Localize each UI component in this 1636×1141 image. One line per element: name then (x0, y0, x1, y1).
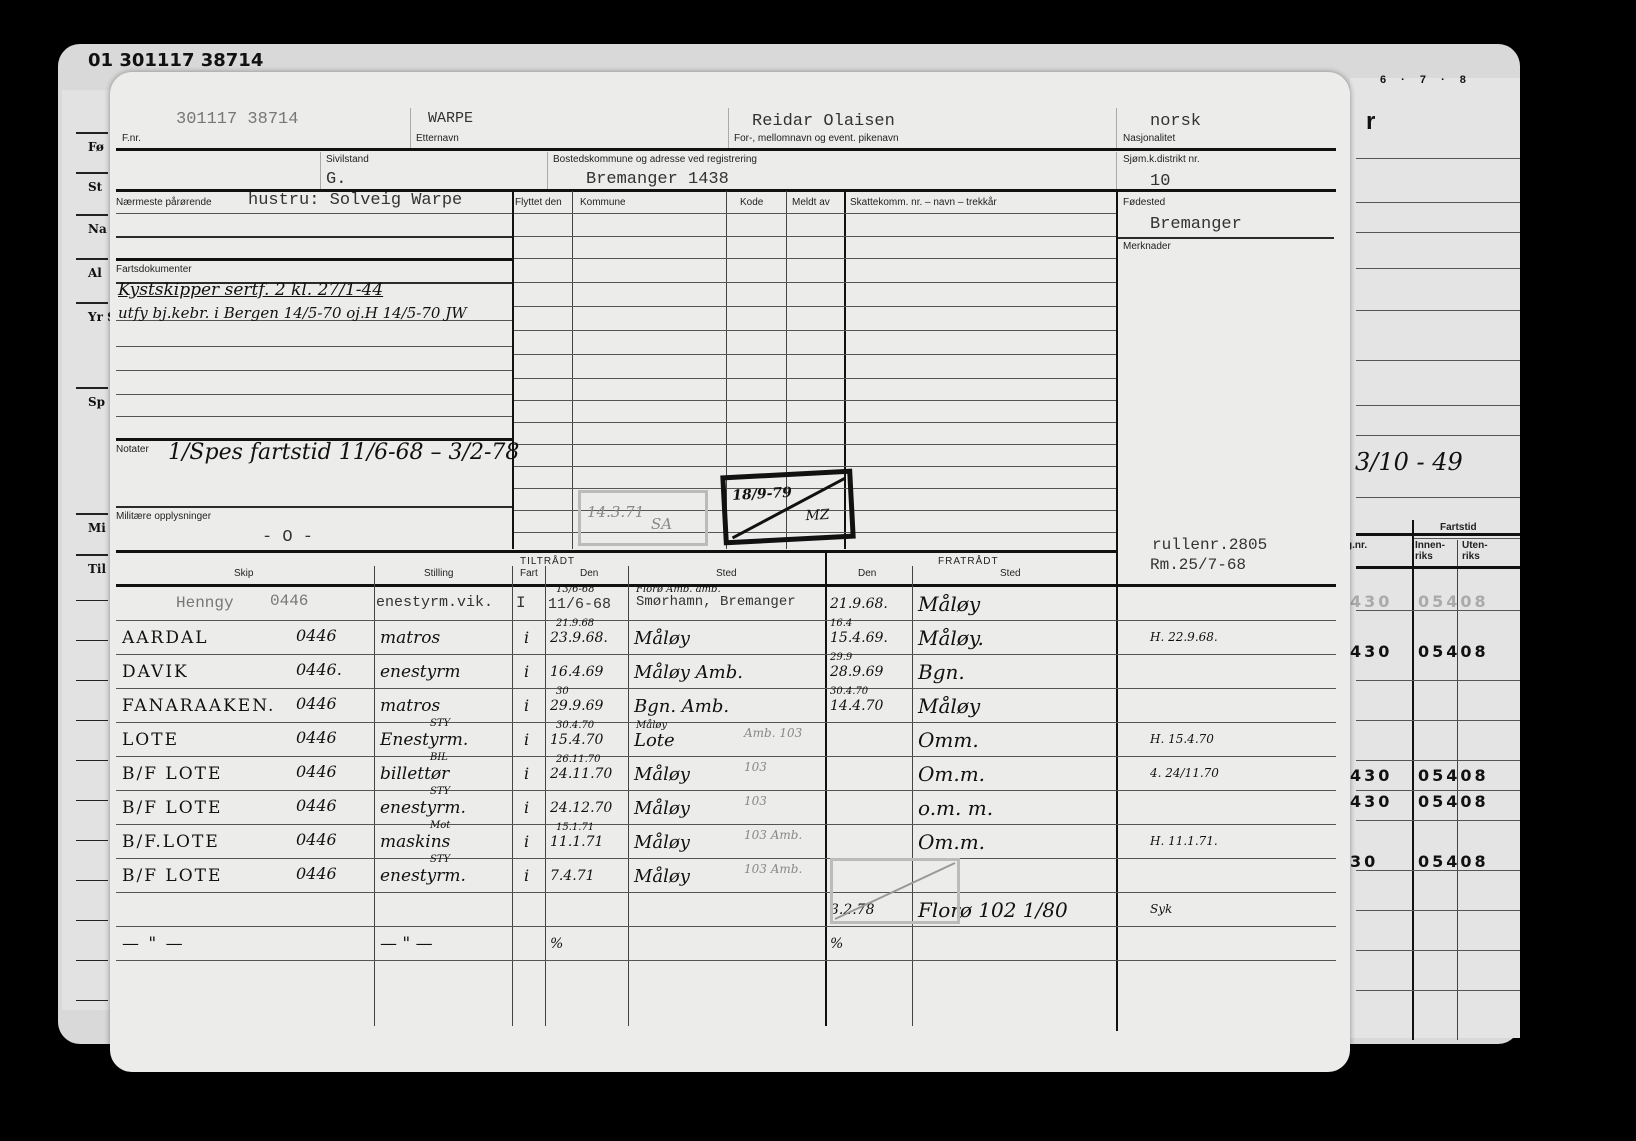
row-divider (116, 620, 1336, 621)
row-divider (116, 756, 1336, 757)
side-tab-divider (76, 1000, 108, 1001)
grid-line (514, 282, 1116, 283)
fnr-value: 301117 38714 (176, 110, 298, 129)
position: matros (380, 628, 440, 648)
signed-on-place: Lote (634, 730, 675, 751)
signed-on-place: Bgn. Amb. (634, 696, 729, 717)
side-tab: Na (88, 222, 107, 236)
signed-off-date: 14.4.70 (830, 698, 883, 714)
grid-line (514, 444, 1116, 445)
signed-on-place: Måløy (634, 866, 690, 887)
signed-on-date: 29.9.69 (550, 698, 603, 714)
reg-nr-value: 430 (1350, 766, 1392, 785)
col-stilling: Stilling (424, 568, 453, 579)
position-note: STY (430, 786, 450, 797)
side-tab-divider (76, 513, 108, 515)
col-sted: Sted (716, 568, 737, 579)
grid-line (514, 378, 1116, 379)
ship-name: LOTE (122, 730, 179, 750)
militaere-value: - O - (262, 528, 313, 547)
etternavn-value: WARPE (428, 110, 473, 127)
col-fratradt-den: Den (858, 568, 876, 579)
signed-off-date: 28.9.69 (830, 664, 883, 680)
grid-line (514, 213, 1116, 214)
signed-on-date: 23.9.68. (550, 630, 608, 646)
trade-type: i (524, 696, 529, 715)
signed-on-place: Smørhamn, Bremanger (636, 594, 796, 610)
col-fart: Fart (520, 568, 538, 579)
signed-off-place: Omm. (918, 728, 979, 752)
rm-date: Rm.25/7-68 (1150, 556, 1246, 574)
remark: Syk (1150, 902, 1172, 916)
grid-line (514, 236, 1116, 237)
position-note: STY (430, 854, 450, 865)
bold-stamp: 18/9-79 MZ (720, 469, 855, 546)
ship-number: 0446 (296, 864, 337, 883)
fartstid-code: 05408 (1418, 792, 1489, 811)
position: maskins (380, 832, 450, 852)
signed-on-date: 15.4.70 (550, 732, 603, 748)
signed-off-date: 15.4.69. (830, 630, 888, 646)
signed-off-place: Måløy (918, 694, 980, 718)
signed-on-date: 24.11.70 (550, 766, 612, 782)
nasjonalitet-label: Nasjonalitet (1123, 133, 1175, 144)
position: enestyrm. (380, 866, 466, 886)
notater-value: 1/Spes fartstid 11/6-68 – 3/2-78 (168, 440, 519, 465)
fartstid-label: Fartstid (1440, 522, 1477, 533)
side-tab-divider (76, 640, 108, 641)
row-divider (116, 688, 1336, 689)
side-tab-divider (76, 387, 108, 389)
meldt-av-label: Meldt av (792, 197, 830, 208)
militaere-label: Militære opplysninger (116, 511, 211, 522)
signed-off-date: % (830, 936, 843, 952)
signed-on-date-top: 13/6-68 (556, 584, 595, 595)
signed-on-place: Måløy (634, 832, 690, 853)
signed-on-place: Måløy Amb. (634, 662, 743, 683)
grid-line (514, 258, 1116, 259)
signed-off-date-top: 29.9 (830, 652, 852, 663)
right-card-mark: r (1366, 108, 1375, 136)
row-divider (116, 790, 1336, 791)
row-divider (116, 824, 1336, 825)
signed-off-place: Om.m. (918, 830, 985, 854)
position: enestyrm (380, 662, 460, 682)
side-tab-divider (76, 920, 108, 921)
skattekomm-label: Skattekomm. nr. – navn – trekkår (850, 197, 997, 208)
ship-number: 0446 (296, 762, 337, 781)
place-note: 103 (744, 760, 767, 774)
signed-off-place: o.m. m. (918, 796, 993, 820)
utenriks-label: Uten-riks (1462, 540, 1502, 562)
position: enestyrm. (380, 798, 466, 818)
reg-nr-value: 30 (1350, 852, 1378, 871)
fartstid-code: 05408 (1418, 642, 1489, 661)
signed-on-date-top: 26.11.70 (556, 754, 601, 765)
signed-on-place: Måløy (634, 798, 690, 819)
signed-on-date: 7.4.71 (550, 868, 595, 884)
signed-on-date-top: 30 (556, 686, 569, 697)
signed-off-date-top: 16.4 (830, 618, 852, 629)
grid-line (1356, 820, 1520, 821)
ship-name: B/F.LOTE (122, 832, 220, 852)
bosted-value: Bremanger 1438 (586, 170, 729, 189)
grid-line (514, 306, 1116, 307)
grid-line (514, 330, 1116, 331)
col-fratradt-sted: Sted (1000, 568, 1021, 579)
grid-line (1356, 720, 1520, 721)
etternavn-label: Etternavn (416, 133, 459, 144)
grid-line (1356, 790, 1520, 791)
grid-line (1356, 910, 1520, 911)
signed-on-date: 16.4.69 (550, 664, 603, 680)
remark: 4. 24/11.70 (1150, 766, 1219, 780)
reg-nr-value: 430 (1350, 592, 1392, 611)
signed-off-place: Om.m. (918, 762, 985, 786)
right-card-handwritten-date: 3/10 - 49 (1355, 448, 1463, 476)
place-note: 103 Amb. (744, 828, 802, 842)
position-note: BIL (430, 752, 448, 763)
side-tab: Sp (88, 395, 105, 409)
signed-on-date: 11/6-68 (548, 596, 611, 613)
row-divider (116, 654, 1336, 655)
position: — " — (380, 934, 433, 954)
side-tab-divider (76, 214, 108, 216)
grid-line (1356, 760, 1520, 761)
signed-off-place: Bgn. (918, 660, 965, 684)
remark: H. 15.4.70 (1150, 732, 1214, 746)
remark: H. 11.1.71. (1150, 834, 1218, 848)
ship-name: FANARAAKEN. (122, 696, 275, 716)
right-card-top-marks: 6 · 7 · 8 (1380, 74, 1472, 86)
ship-number: 0446 (296, 694, 337, 713)
position-note: Mot (430, 820, 450, 831)
side-tab-divider (76, 554, 108, 556)
signed-on-date: 11.1.71 (550, 834, 603, 850)
ship-number: 0446 (296, 626, 337, 645)
side-tab: Til (88, 562, 106, 576)
tiltradt-header: TILTRÅDT (520, 556, 575, 567)
reg-nr-value: 430 (1350, 642, 1392, 661)
faint-stamp: 14.3.71 SA (578, 490, 708, 546)
trade-type: i (524, 628, 529, 647)
fodested-label: Fødested (1123, 197, 1165, 208)
trade-type: i (524, 730, 529, 749)
signed-on-date-top: 15.1.71 (556, 822, 594, 833)
side-tab-divider (76, 258, 108, 260)
bosted-label: Bostedskommune og adresse ved registreri… (553, 154, 757, 165)
ship-number: 0446 (296, 796, 337, 815)
grid-line (514, 400, 1116, 401)
distrikt-label: Sjøm.k.distrikt nr. (1123, 154, 1200, 165)
side-tab-divider (76, 600, 108, 601)
grid-line (514, 354, 1116, 355)
ship-number: 0446 (296, 728, 337, 747)
position: enestyrm.vik. (376, 594, 493, 611)
innenriks-label: Innen-riks (1415, 540, 1455, 562)
place-note: 103 Amb. (744, 862, 802, 876)
fornavn-label: For-, mellomnavn og event. pikenavn (734, 133, 899, 144)
signed-on-place: Måløy (634, 764, 690, 785)
ship-name: B/F LOTE (122, 798, 222, 818)
side-tab-divider (76, 880, 108, 881)
col-skip: Skip (234, 568, 253, 579)
side-tab-divider (76, 172, 108, 174)
row-divider (116, 858, 1336, 859)
side-tab-divider (76, 720, 108, 721)
place-note: 103 (744, 794, 767, 808)
signed-on-date-top: 30.4.70 (556, 720, 594, 731)
side-tab-divider (76, 760, 108, 761)
side-tab: St (88, 180, 102, 194)
empty-crossed-stamp (830, 858, 960, 924)
fartstid-code: 05408 (1418, 766, 1489, 785)
naermeste-label: Nærmeste pårørende (116, 197, 212, 208)
signed-on-place: Måløy (634, 628, 690, 649)
place-note: Amb. 103 (744, 726, 802, 740)
position: matros (380, 696, 440, 716)
fnr-label: F.nr. (122, 133, 141, 144)
row-divider (116, 926, 1336, 927)
side-tab: Al (88, 266, 102, 280)
signed-on-date-top: 21.9.68 (556, 618, 594, 629)
side-tab-divider (76, 960, 108, 961)
flyttet-den-label: Flyttet den (515, 197, 562, 208)
kode-label: Kode (740, 197, 763, 208)
nasjonalitet-value: norsk (1150, 112, 1201, 131)
ship-name: AARDAL (122, 628, 209, 648)
grid-line (1356, 680, 1520, 681)
side-tab-divider (76, 840, 108, 841)
naermeste-value: hustru: Solveig Warpe (248, 191, 462, 210)
fornavn-value: Reidar Olaisen (752, 112, 895, 131)
fartstid-code: 05408 (1418, 852, 1489, 871)
remark: H. 22.9.68. (1150, 630, 1218, 644)
ship-name: Henngy (176, 594, 234, 612)
position: Enestyrm. (380, 730, 468, 750)
signed-on-date: 24.12.70 (550, 800, 612, 816)
trade-type: i (524, 832, 529, 851)
grid-line (1356, 870, 1520, 871)
trade-type: i (524, 764, 529, 783)
side-tab: Mi (88, 521, 106, 535)
trade-type: i (524, 866, 529, 885)
ship-name: DAVIK (122, 662, 189, 682)
ship-name: B/F LOTE (122, 866, 222, 886)
grid-line (514, 466, 1116, 467)
side-tab: Fø (88, 140, 104, 154)
col-den: Den (580, 568, 598, 579)
signed-off-date: 21.9.68. (830, 596, 888, 612)
grid-line (1356, 990, 1520, 991)
row-divider (116, 960, 1336, 961)
ship-number: 0446. (296, 660, 342, 679)
fartsdokumenter-label: Fartsdokumenter (116, 264, 192, 275)
signed-off-place: Måløy (918, 592, 980, 616)
fartsdokument-line-2: utfy bj.kebr. i Bergen 14/5-70 oj.H 14/5… (118, 304, 467, 322)
kommune-label: Kommune (580, 197, 626, 208)
sivilstand-label: Sivilstand (326, 154, 369, 165)
grid-line (1356, 950, 1520, 951)
side-tab-divider (76, 132, 108, 134)
row-divider (116, 892, 1336, 893)
ship-number: 0446 (296, 830, 337, 849)
row-divider (116, 722, 1336, 723)
trade-type: i (524, 798, 529, 817)
merknader-label: Merknader (1123, 241, 1171, 252)
position: billettør (380, 764, 449, 784)
reg-nr-value: 430 (1350, 792, 1392, 811)
back-card-top-text: 01 301117 38714 (88, 50, 263, 71)
trade-type: I (516, 594, 526, 612)
ship-number: 0446 (270, 592, 308, 610)
side-tab-divider (76, 800, 108, 801)
fartsdokument-line-1: Kystskipper sertf. 2 kl. 27/1-44 (118, 280, 383, 300)
trade-type: i (524, 662, 529, 681)
position-note: STY (430, 718, 450, 729)
rullenr: rullenr.2805 (1152, 536, 1267, 554)
side-tab-divider (76, 680, 108, 681)
fodested-value: Bremanger (1150, 215, 1242, 234)
notater-label: Notater (116, 444, 149, 455)
fartstid-code: 05408 (1418, 592, 1489, 611)
ship-name: B/F LOTE (122, 764, 222, 784)
fratradt-header: FRATRÅDT (938, 556, 999, 567)
signed-off-place: Måløy. (918, 626, 984, 650)
sivilstand-value: G. (326, 170, 346, 189)
signed-on-date: % (550, 936, 563, 952)
ship-name: — " — (122, 934, 185, 954)
grid-line (514, 422, 1116, 423)
side-tab-divider (76, 302, 108, 304)
grid-line (1356, 610, 1520, 611)
signed-off-date-top: 30.4.70 (830, 686, 868, 697)
